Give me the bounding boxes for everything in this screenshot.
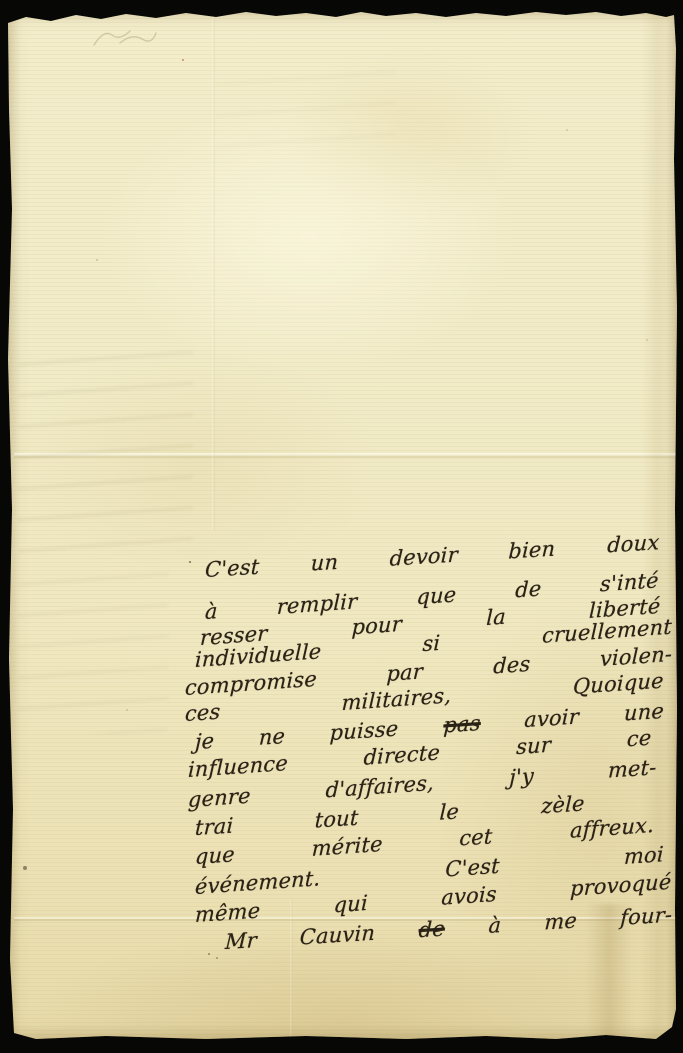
struck-word: pas	[442, 710, 480, 739]
handwritten-word: C'est	[445, 853, 500, 883]
scan-background: C'estundevoirbiendouxàremplirquedes'inté…	[0, 0, 683, 1053]
handwritten-word: four-	[620, 902, 673, 931]
handwritten-word: j'y	[508, 763, 534, 791]
handwritten-word: affreux.	[569, 812, 654, 844]
handwritten-word: le	[439, 798, 460, 825]
handwritten-word: provoqué	[570, 869, 672, 902]
handwritten-word: des	[492, 651, 530, 680]
handwritten-word: influence	[188, 750, 289, 783]
handwritten-word: Mr	[224, 927, 257, 955]
handwritten-word: de	[515, 575, 542, 603]
handwritten-word: ce	[627, 725, 652, 753]
handwritten-word: ne	[258, 723, 285, 751]
handwritten-word: à	[488, 912, 502, 939]
handwritten-word: puisse	[329, 715, 399, 746]
handwritten-word: Cauvin	[300, 920, 376, 951]
handwritten-word: je	[194, 728, 214, 755]
handwritten-word: par	[386, 658, 423, 687]
handwritten-word: même	[195, 897, 261, 928]
handwritten-word: d'affaires,	[325, 770, 434, 804]
handwritten-word: qui	[333, 890, 368, 919]
handwritten-word: à	[205, 598, 219, 625]
handwritten-word: mérite	[311, 831, 383, 862]
handwritten-word: zèle	[540, 790, 584, 819]
handwritten-word: ces	[185, 698, 221, 727]
handwritten-word: genre	[188, 783, 252, 814]
handwritten-word: bien	[508, 535, 556, 564]
handwritten-word: que	[416, 581, 457, 610]
handwritten-word: tout	[314, 805, 359, 834]
handwritten-word: devoir	[389, 541, 458, 571]
handwriting-layer: C'estundevoirbiendouxàremplirquedes'inté…	[0, 0, 683, 1053]
handwritten-word: avoir	[524, 703, 580, 733]
handwritten-word: doux	[606, 529, 659, 558]
handwritten-word: que	[195, 841, 236, 870]
handwritten-word: C'est	[204, 554, 260, 583]
handwritten-word: avois	[441, 881, 497, 911]
handwritten-word: si	[422, 630, 441, 657]
struck-word: de	[418, 915, 445, 943]
handwritten-word: une	[623, 698, 664, 727]
handwritten-word: cet	[459, 823, 493, 851]
handwritten-word: me	[544, 907, 578, 935]
handwritten-word: directe	[364, 739, 441, 770]
handwritten-word: met-	[608, 754, 657, 784]
handwritten-word: sur	[516, 732, 552, 761]
handwritten-word: un	[310, 549, 339, 577]
handwritten-word: trai	[194, 813, 234, 842]
handwritten-word: moi	[624, 841, 665, 870]
handwritten-word: Quoique	[573, 667, 665, 699]
